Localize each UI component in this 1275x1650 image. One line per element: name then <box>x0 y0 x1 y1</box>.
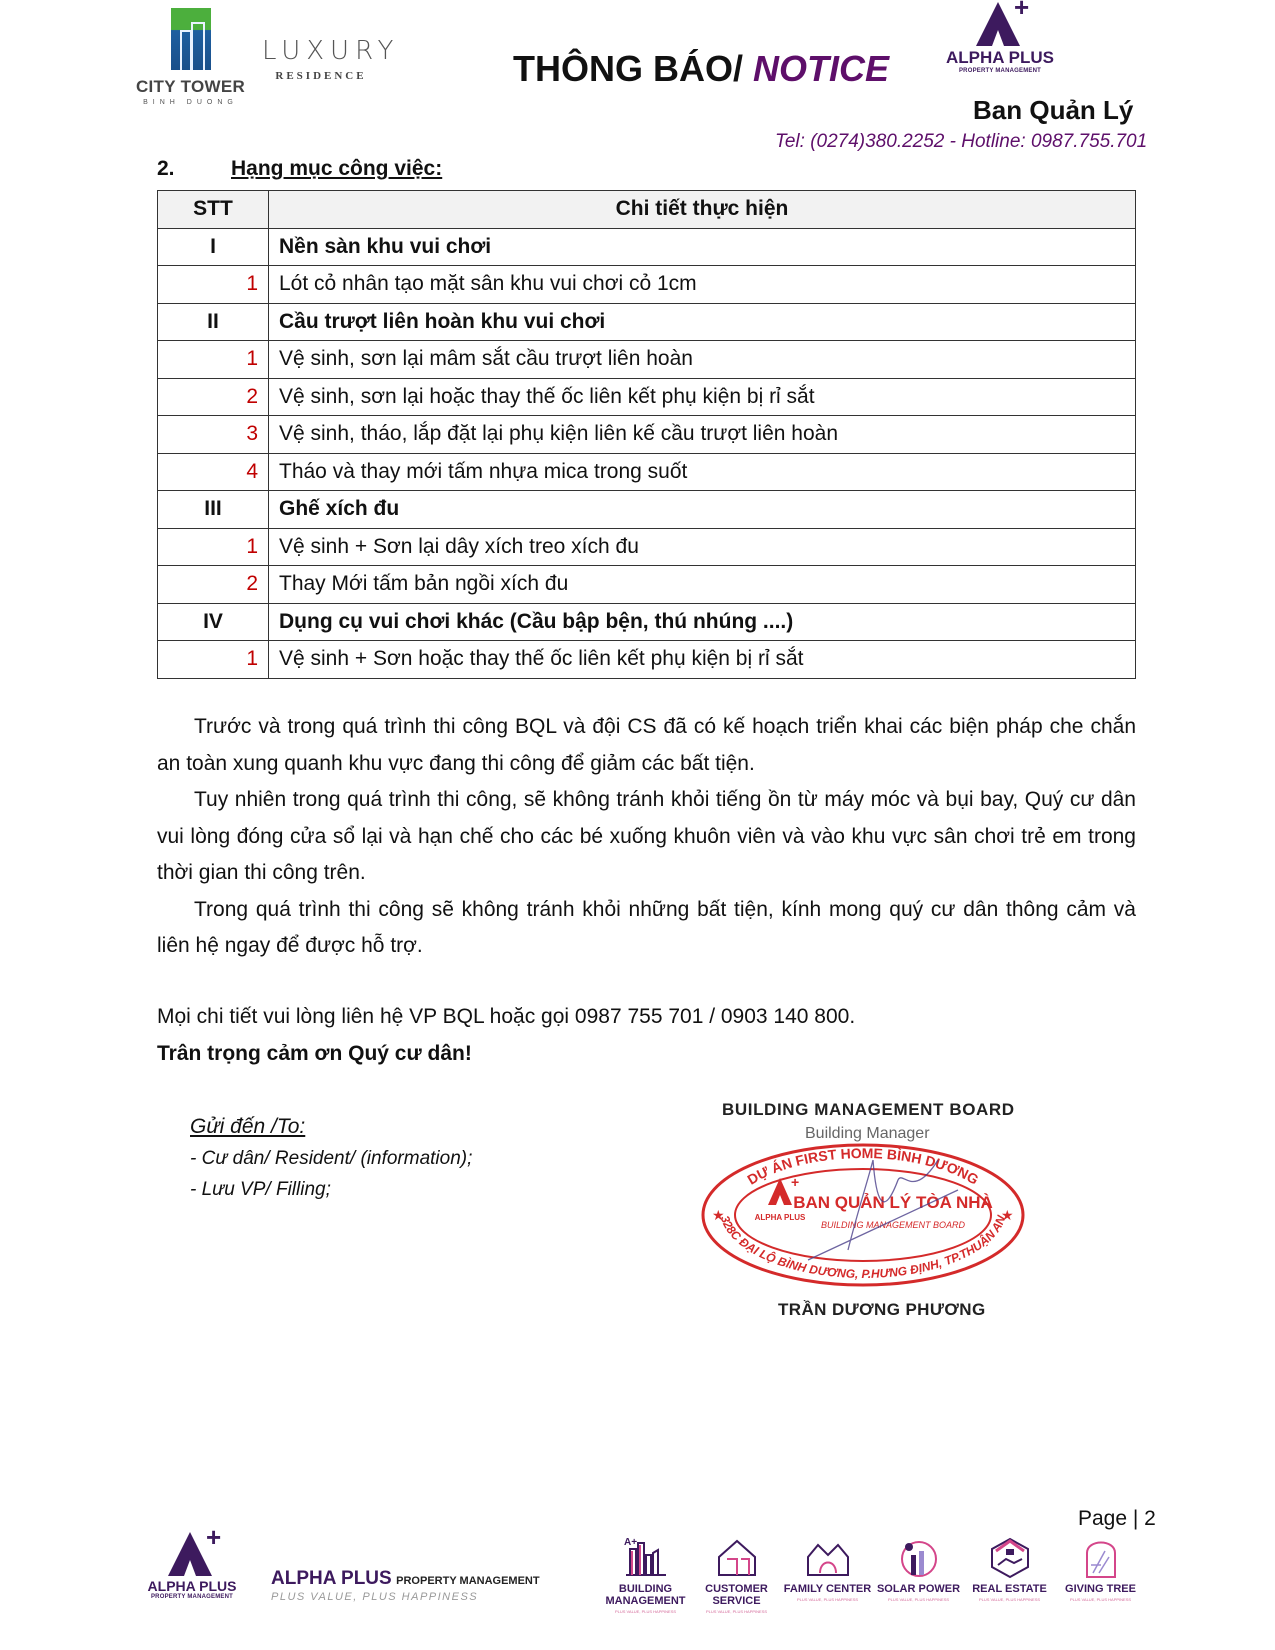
paragraph: Trong quá trình thi công sẽ không tránh … <box>157 892 1136 965</box>
cell-detail: Tháo và thay mới tấm nhựa mica trong suố… <box>269 453 1136 491</box>
footer-logo-name: ALPHA PLUS <box>140 1578 244 1594</box>
svg-text:BUILDING MANAGEMENT BOARD: BUILDING MANAGEMENT BOARD <box>821 1220 966 1230</box>
footer-brand-pm: PROPERTY MANAGEMENT <box>396 1575 539 1587</box>
service-label: GIVING TREE <box>1055 1583 1146 1595</box>
recipients-title: Gửi đến /To: <box>190 1115 472 1139</box>
contact-line: Tel: (0274)380.2252 - Hotline: 0987.755.… <box>775 131 1147 153</box>
section-heading: 2.Hạng mục công việc: <box>157 157 442 181</box>
table-group-row: INền sàn khu vui chơi <box>158 228 1136 266</box>
service-logo: REAL ESTATEPLUS VALUE, PLUS HAPPINESS <box>964 1535 1055 1614</box>
signature-board: BUILDING MANAGEMENT BOARD <box>722 1100 1015 1120</box>
cell-stt: 2 <box>158 566 269 604</box>
cell-stt: 1 <box>158 341 269 379</box>
service-sub: PLUS VALUE, PLUS HAPPINESS <box>691 1609 782 1614</box>
cell-stt: 1 <box>158 266 269 304</box>
footer-alpha-plus-logo: + ALPHA PLUS PROPERTY MANAGEMENT <box>140 1530 244 1600</box>
title-vi: THÔNG BÁO/ <box>513 48 743 89</box>
service-logo: FAMILY CENTERPLUS VALUE, PLUS HAPPINESS <box>782 1535 873 1614</box>
city-tower-logo-icon <box>171 8 211 70</box>
alpha-plus-logo-icon: + <box>970 0 1030 46</box>
footer-brand-name: ALPHA PLUS <box>271 1568 392 1589</box>
alpha-plus-logo: + ALPHA PLUS PROPERTY MANAGEMENT <box>938 0 1062 74</box>
page-number: Page | 2 <box>1078 1507 1156 1531</box>
company-stamp-icon: DỰ ÁN FIRST HOME BÌNH DƯƠNG 328C ĐẠI LỘ … <box>698 1140 1028 1290</box>
luxury-sub: RESIDENCE <box>262 70 380 82</box>
service-sub: PLUS VALUE, PLUS HAPPINESS <box>600 1609 691 1614</box>
svg-text:+: + <box>791 1174 799 1190</box>
service-logos: A+BUILDING MANAGEMENTPLUS VALUE, PLUS HA… <box>600 1535 1146 1614</box>
recipient-item: - Cư dân/ Resident/ (information); <box>190 1148 472 1170</box>
table-group-row: IICầu trượt liên hoàn khu vui chơi <box>158 303 1136 341</box>
handshake-house-icon <box>986 1535 1034 1581</box>
cell-stt: I <box>158 228 269 266</box>
solar-power-icon <box>895 1535 943 1581</box>
cell-stt: 2 <box>158 378 269 416</box>
cell-detail: Nền sàn khu vui chơi <box>269 228 1136 266</box>
table-row: 2Thay Mới tấm bản ngồi xích đu <box>158 566 1136 604</box>
table-row: 1Vệ sinh + Sơn lại dây xích treo xích đu <box>158 528 1136 566</box>
service-sub: PLUS VALUE, PLUS HAPPINESS <box>782 1597 873 1602</box>
cell-detail: Thay Mới tấm bản ngồi xích đu <box>269 566 1136 604</box>
footer-brand: ALPHA PLUS PROPERTY MANAGEMENT PLUS VALU… <box>271 1568 540 1603</box>
recipient-item: - Lưu VP/ Filling; <box>190 1179 472 1201</box>
service-logo: GIVING TREEPLUS VALUE, PLUS HAPPINESS <box>1055 1535 1146 1614</box>
tree-arch-icon <box>1077 1535 1125 1581</box>
table-row: 1Vệ sinh, sơn lại mâm sắt cầu trượt liên… <box>158 341 1136 379</box>
service-logo: CUSTOMER SERVICEPLUS VALUE, PLUS HAPPINE… <box>691 1535 782 1614</box>
service-sub: PLUS VALUE, PLUS HAPPINESS <box>873 1597 964 1602</box>
alpha-plus-name: ALPHA PLUS <box>938 48 1062 68</box>
cell-detail: Vệ sinh, tháo, lắp đặt lại phụ kiện liên… <box>269 416 1136 454</box>
service-label: REAL ESTATE <box>964 1583 1055 1595</box>
table-row: 3Vệ sinh, tháo, lắp đặt lại phụ kiện liê… <box>158 416 1136 454</box>
cell-stt: 3 <box>158 416 269 454</box>
department-name: Ban Quản Lý <box>973 95 1133 126</box>
table-row: 4Tháo và thay mới tấm nhựa mica trong su… <box>158 453 1136 491</box>
section-number: 2. <box>157 157 231 181</box>
recipients-block: Gửi đến /To: - Cư dân/ Resident/ (inform… <box>190 1115 472 1201</box>
paragraph: Trước và trong quá trình thi công BQL và… <box>157 709 1136 782</box>
cell-detail: Dụng cụ vui chơi khác (Cầu bập bện, thú … <box>269 603 1136 641</box>
cell-stt: 1 <box>158 528 269 566</box>
contact-text: Mọi chi tiết vui lòng liên hệ VP BQL hoặ… <box>157 1005 855 1029</box>
service-label: SOLAR POWER <box>873 1583 964 1595</box>
table-row: 1Lót cỏ nhân tạo mặt sân khu vui chơi cỏ… <box>158 266 1136 304</box>
work-items-table: STT Chi tiết thực hiện INền sàn khu vui … <box>157 190 1136 679</box>
table-header-row: STT Chi tiết thực hiện <box>158 191 1136 229</box>
cell-detail: Vệ sinh + Sơn lại dây xích treo xích đu <box>269 528 1136 566</box>
footer-slogan: PLUS VALUE, PLUS HAPPINESS <box>271 1591 540 1603</box>
service-label: BUILDING MANAGEMENT <box>600 1583 691 1607</box>
cell-detail: Ghế xích đu <box>269 491 1136 529</box>
header-detail: Chi tiết thực hiện <box>269 191 1136 229</box>
family-house-icon <box>804 1535 852 1581</box>
customer-service-house-icon <box>713 1535 761 1581</box>
footer-logo-sub: PROPERTY MANAGEMENT <box>140 1594 244 1600</box>
cell-stt: 4 <box>158 453 269 491</box>
title-en: NOTICE <box>753 48 889 89</box>
table-row: 1Vệ sinh + Sơn hoặc thay thế ốc liên kết… <box>158 641 1136 679</box>
alpha-plus-sub: PROPERTY MANAGEMENT <box>938 68 1062 74</box>
table-row: 2Vệ sinh, sơn lại hoặc thay thế ốc liên … <box>158 378 1136 416</box>
city-tower-sub: BINH DUONG <box>128 99 253 106</box>
service-label: CUSTOMER SERVICE <box>691 1583 782 1607</box>
service-sub: PLUS VALUE, PLUS HAPPINESS <box>1055 1597 1146 1602</box>
svg-text:★: ★ <box>1001 1207 1014 1223</box>
service-logo: A+BUILDING MANAGEMENTPLUS VALUE, PLUS HA… <box>600 1535 691 1614</box>
luxury-residence-logo: LUXURY RESIDENCE <box>262 36 380 82</box>
cell-detail: Lót cỏ nhân tạo mặt sân khu vui chơi cỏ … <box>269 266 1136 304</box>
page-title: THÔNG BÁO/ NOTICE <box>513 48 889 90</box>
header-stt: STT <box>158 191 269 229</box>
svg-text:ALPHA PLUS: ALPHA PLUS <box>755 1213 806 1222</box>
alpha-plus-logo-icon: + <box>162 1530 222 1576</box>
city-tower-logo: CITY TOWER BINH DUONG <box>128 8 253 106</box>
svg-text:BAN QUẢN LÝ TÒA NHÀ: BAN QUẢN LÝ TÒA NHÀ <box>793 1193 993 1212</box>
cell-stt: II <box>158 303 269 341</box>
svg-text:A+: A+ <box>624 1537 637 1548</box>
body-text: Trước và trong quá trình thi công BQL và… <box>157 709 1136 965</box>
cell-detail: Vệ sinh + Sơn hoặc thay thế ốc liên kết … <box>269 641 1136 679</box>
paragraph: Tuy nhiên trong quá trình thi công, sẽ k… <box>157 782 1136 892</box>
building-icon: A+ <box>622 1535 670 1581</box>
table-group-row: IVDụng cụ vui chơi khác (Cầu bập bện, th… <box>158 603 1136 641</box>
luxury-name: LUXURY <box>262 36 380 66</box>
cell-detail: Vệ sinh, sơn lại hoặc thay thế ốc liên k… <box>269 378 1136 416</box>
service-label: FAMILY CENTER <box>782 1583 873 1595</box>
cell-stt: IV <box>158 603 269 641</box>
cell-stt: 1 <box>158 641 269 679</box>
table-group-row: IIIGhế xích đu <box>158 491 1136 529</box>
svg-text:★: ★ <box>712 1207 725 1223</box>
signer-name: TRẦN DƯƠNG PHƯƠNG <box>778 1300 986 1320</box>
city-tower-name: CITY TOWER <box>128 77 253 97</box>
cell-detail: Vệ sinh, sơn lại mâm sắt cầu trượt liên … <box>269 341 1136 379</box>
cell-stt: III <box>158 491 269 529</box>
cell-detail: Cầu trượt liên hoàn khu vui chơi <box>269 303 1136 341</box>
service-logo: SOLAR POWERPLUS VALUE, PLUS HAPPINESS <box>873 1535 964 1614</box>
service-sub: PLUS VALUE, PLUS HAPPINESS <box>964 1597 1055 1602</box>
section-label: Hạng mục công việc: <box>231 157 442 180</box>
thanks-text: Trân trọng cảm ơn Quý cư dân! <box>157 1042 472 1066</box>
